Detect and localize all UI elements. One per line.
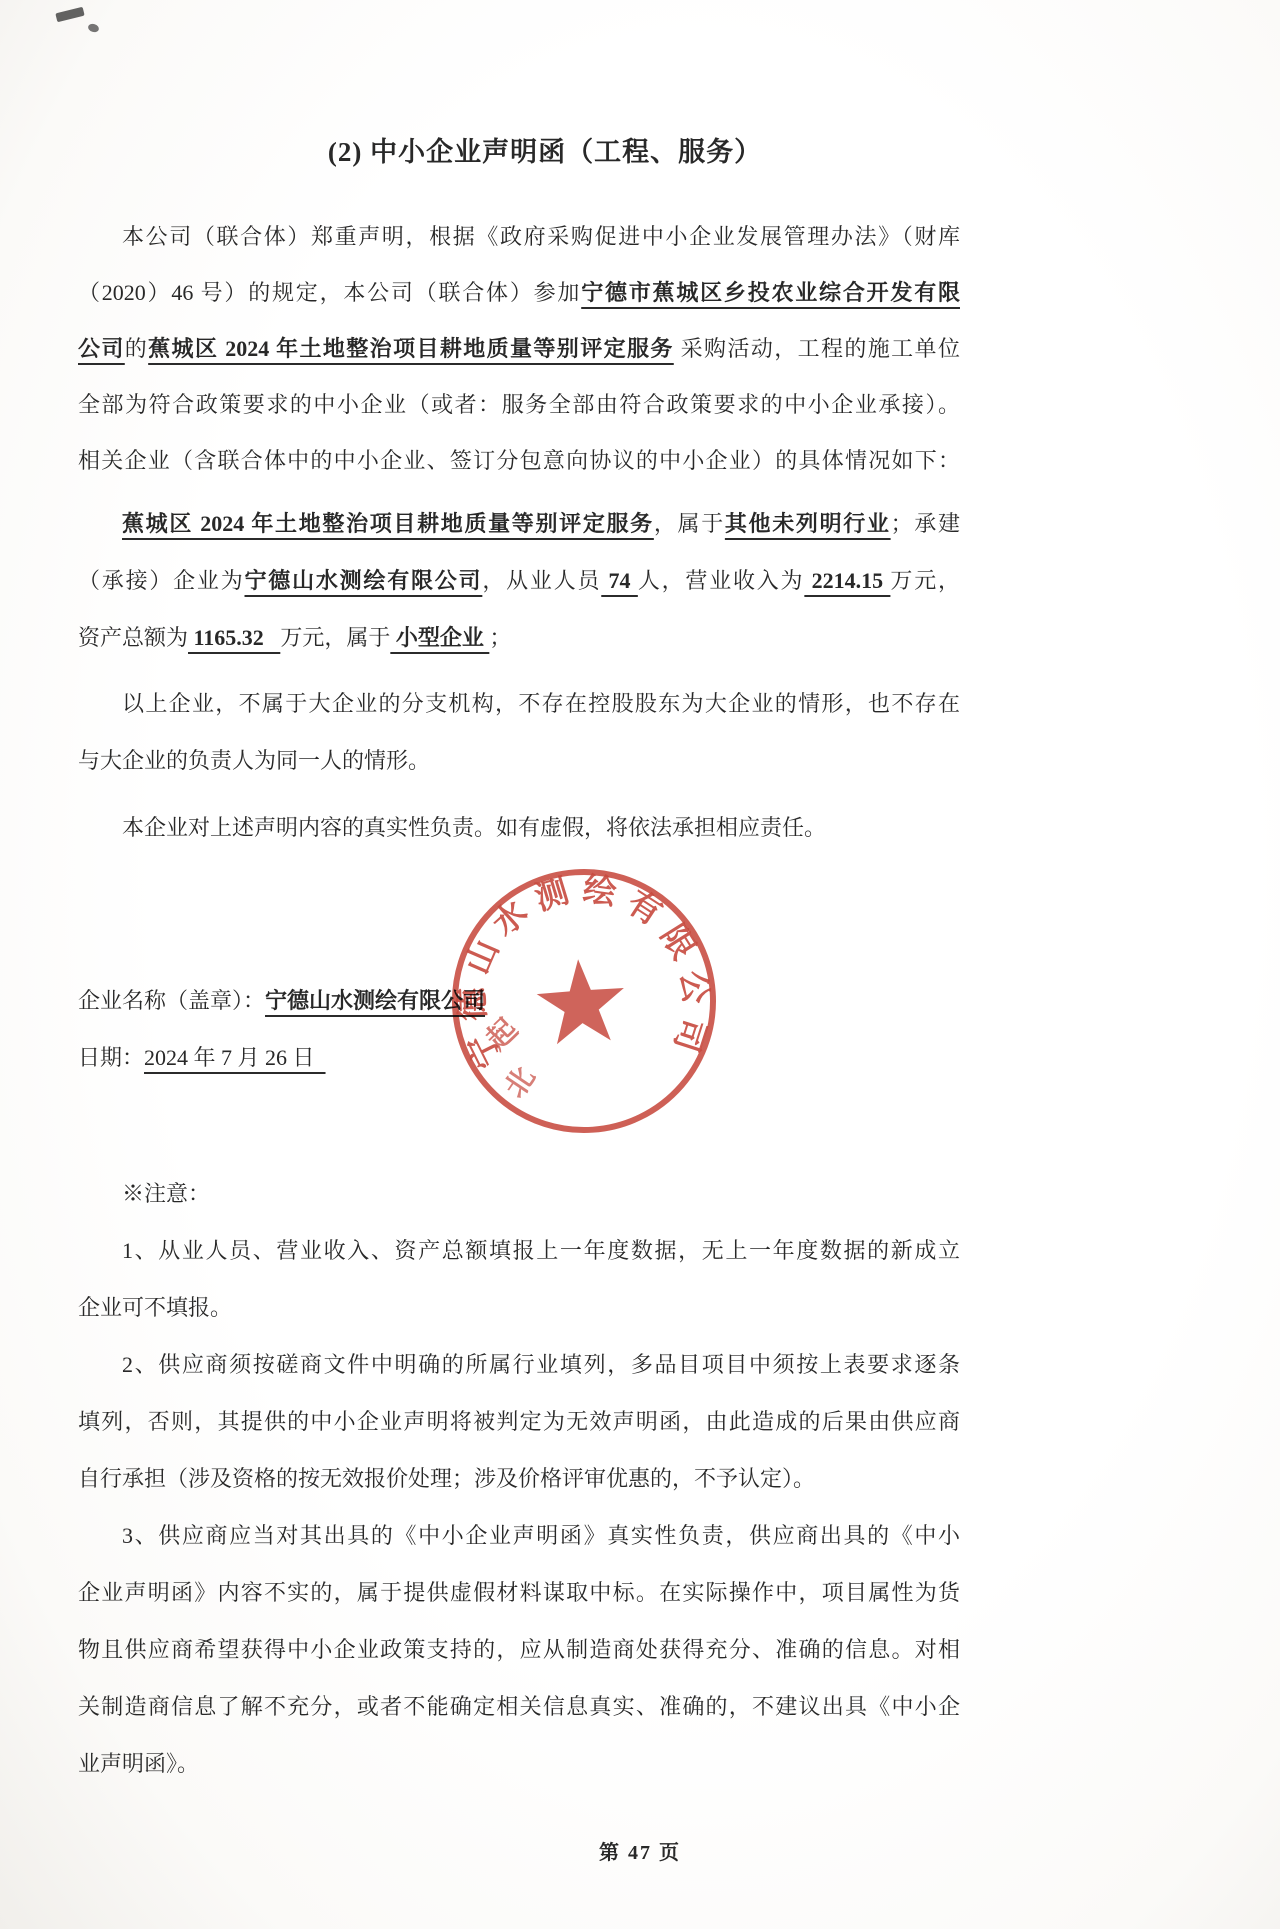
text-run: 企业声明函》内容不实的，属于提供虚假材料谋取中标。在实际操作中，项目属性为货 xyxy=(78,1580,960,1605)
paragraph-no-affiliation: 以上企业，不属于大企业的分支机构，不存在控股股东为大企业的情形，也不存在 与大企… xyxy=(78,675,960,789)
text-run: 人，营业收入为 xyxy=(638,568,805,593)
text-run: 全部为符合政策要求的中小企业（或者：服务全部由符合政策要求的中小企业承接）。 xyxy=(78,392,960,417)
paragraph-enterprise-details: 蕉城区 2024 年土地整治项目耕地质量等别评定服务，属于其他未列明行业；承建 … xyxy=(78,495,960,666)
text-run: 1、从业人员、营业收入、资产总额填报上一年度数据，无上一年度数据的新成立 xyxy=(122,1238,960,1263)
text-line: 企业声明函》内容不实的，属于提供虚假材料谋取中标。在实际操作中，项目属性为货 xyxy=(78,1564,960,1621)
revenue-value: 2214.15 xyxy=(804,568,890,593)
paragraph-responsibility: 本企业对上述声明内容的真实性负责。如有虚假，将依法承担相应责任。 xyxy=(78,799,960,856)
text-line: 相关企业（含联合体中的中小企业、签订分包意向协议的中小企业）的具体情况如下： xyxy=(78,433,960,489)
seal-star-icon xyxy=(534,956,627,1045)
text-run: 本公司（联合体）郑重声明，根据《政府采购促进中小企业发展管理办法》（财库 xyxy=(122,224,960,249)
text-run: （2020）46 号）的规定，本公司（联合体）参加 xyxy=(78,280,581,305)
notes-section: ※注意： 1、从业人员、营业收入、资产总额填报上一年度数据，无上一年度数据的新成… xyxy=(78,1165,960,1792)
text-line: 1、从业人员、营业收入、资产总额填报上一年度数据，无上一年度数据的新成立 xyxy=(78,1222,960,1279)
document-title: (2) 中小企业声明函（工程、服务） xyxy=(104,128,986,176)
text-line: 蕉城区 2024 年土地整治项目耕地质量等别评定服务，属于其他未列明行业；承建 xyxy=(78,495,960,552)
date-value: 2024 年 7 月 26 日 xyxy=(144,1045,326,1070)
text-run: 企业可不填报。 xyxy=(78,1295,232,1320)
paragraph-declaration: 本公司（联合体）郑重声明，根据《政府采购促进中小企业发展管理办法》（财库 （20… xyxy=(78,209,960,489)
text-run: 的 xyxy=(125,336,148,361)
text-line: 自行承担（涉及资格的按无效报价处理；涉及价格评审优惠的，不予认定）。 xyxy=(78,1450,960,1507)
text-run: 关制造商信息了解不充分，或者不能确定相关信息真实、准确的，不建议出具《中小企 xyxy=(78,1694,960,1719)
employee-count: 74 xyxy=(601,568,638,593)
text-run: ，属于 xyxy=(654,511,725,536)
text-run: 万元，属于 xyxy=(280,625,390,650)
company-name-label: 企业名称（盖章）： xyxy=(78,988,265,1013)
text-line: 与大企业的负责人为同一人的情形。 xyxy=(78,732,960,789)
text-run: 万元， xyxy=(890,568,960,593)
seal-inner-mark: 北 xyxy=(499,1062,542,1104)
text-line: 企业可不填报。 xyxy=(78,1279,960,1336)
text-line: 3、供应商应当对其出具的《中小企业声明函》真实性负责，供应商出具的《中小 xyxy=(78,1507,960,1564)
company-seal-stamp: 宁德山水测绘有限公司 起 北 xyxy=(438,854,731,1148)
text-line: 全部为符合政策要求的中小企业（或者：服务全部由符合政策要求的中小企业承接）。 xyxy=(78,377,960,433)
text-line: 填列，否则，其提供的中小企业声明将被判定为无效声明函，由此造成的后果由供应商 xyxy=(78,1393,960,1450)
date-label: 日期： xyxy=(78,1045,144,1070)
text-run: 自行承担（涉及资格的按无效报价处理；涉及价格评审优惠的，不予认定）。 xyxy=(78,1466,815,1491)
supplier-name: 宁德山水测绘有限公司 xyxy=(245,568,483,593)
text-run: 3、供应商应当对其出具的《中小企业声明函》真实性负责，供应商出具的《中小 xyxy=(122,1523,960,1548)
text-line: （承接）企业为宁德山水测绘有限公司，从业人员 74 人，营业收入为 2214.1… xyxy=(78,552,960,609)
industry-category: 其他未列明行业 xyxy=(725,511,891,536)
text-run: 本企业对上述声明内容的真实性负责。如有虚假，将依法承担相应责任。 xyxy=(122,815,826,840)
buyer-name: 宁德市蕉城区乡投农业综合开发有限 xyxy=(581,280,960,305)
text-run: 与大企业的负责人为同一人的情形。 xyxy=(78,748,430,773)
text-run: 2、供应商须按磋商文件中明确的所属行业填列，多品目项目中须按上表要求逐条 xyxy=(122,1352,960,1377)
text-line: 资产总额为 1165.32 万元，属于 小型企业 ； xyxy=(78,609,960,666)
text-run: 填列，否则，其提供的中小企业声明将被判定为无效声明函，由此造成的后果由供应商 xyxy=(78,1409,960,1434)
text-run: 资产总额为 xyxy=(78,625,188,650)
text-run: ；承建 xyxy=(891,511,960,536)
text-line: 本企业对上述声明内容的真实性负责。如有虚假，将依法承担相应责任。 xyxy=(78,799,960,856)
text-run: 业声明函》。 xyxy=(78,1751,199,1776)
project-name: 蕉城区 2024 年土地整治项目耕地质量等别评定服务 xyxy=(122,511,654,536)
text-line: 以上企业，不属于大企业的分支机构，不存在控股股东为大企业的情形，也不存在 xyxy=(78,675,960,732)
text-run: ，从业人员 xyxy=(482,568,601,593)
text-run: 物且供应商希望获得中小企业政策支持的，应从制造商处获得充分、准确的信息。对相 xyxy=(78,1637,960,1662)
buyer-name-cont: 公司 xyxy=(78,336,125,361)
text-run: 相关企业（含联合体中的中小企业、签订分包意向协议的中小企业）的具体情况如下： xyxy=(78,448,960,473)
notes-heading: ※注意： xyxy=(78,1165,960,1222)
text-run: ※注意： xyxy=(122,1181,210,1206)
text-run: 采购活动，工程的施工单位 xyxy=(674,336,960,361)
text-line: 物且供应商希望获得中小企业政策支持的，应从制造商处获得充分、准确的信息。对相 xyxy=(78,1621,960,1678)
page-number: 第 47 页 xyxy=(0,1836,1280,1865)
assets-value: 1165.32 xyxy=(188,625,280,650)
text-line: 关制造商信息了解不充分，或者不能确定相关信息真实、准确的，不建议出具《中小企 xyxy=(78,1678,960,1735)
text-run: （承接）企业为 xyxy=(78,568,245,593)
enterprise-size: 小型企业 xyxy=(390,625,489,650)
text-line: （2020）46 号）的规定，本公司（联合体）参加宁德市蕉城区乡投农业综合开发有… xyxy=(78,265,960,321)
text-line: 本公司（联合体）郑重声明，根据《政府采购促进中小企业发展管理办法》（财库 xyxy=(78,209,960,265)
text-line: 公司的蕉城区 2024 年土地整治项目耕地质量等别评定服务 采购活动，工程的施工… xyxy=(78,321,960,377)
text-line: 2、供应商须按磋商文件中明确的所属行业填列，多品目项目中须按上表要求逐条 xyxy=(78,1336,960,1393)
document-page: (2) 中小企业声明函（工程、服务） 本公司（联合体）郑重声明，根据《政府采购促… xyxy=(0,0,1280,1929)
project-name: 蕉城区 2024 年土地整治项目耕地质量等别评定服务 xyxy=(148,336,674,361)
text-run: ； xyxy=(489,625,511,650)
text-run: 以上企业，不属于大企业的分支机构，不存在控股股东为大企业的情形，也不存在 xyxy=(122,691,960,716)
text-line: 业声明函》。 xyxy=(78,1735,960,1792)
